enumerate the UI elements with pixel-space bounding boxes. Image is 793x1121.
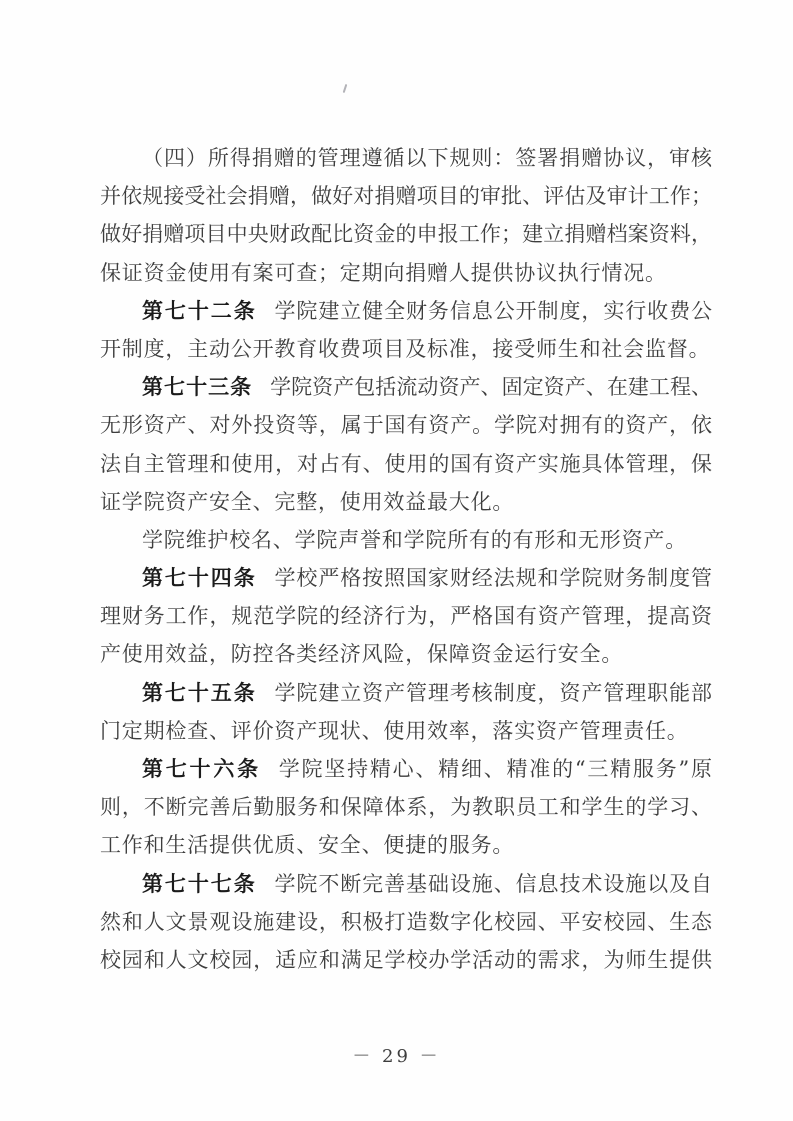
text-line: 理财务工作，规范学院的经济行为，严格国有资产管理，提高资 (100, 597, 712, 635)
line-text: 学院建立资产管理考核制度，资产管理职能部 (274, 681, 712, 705)
article-number: 第七十二条 (142, 299, 257, 323)
line-text: 证学院资产安全、完整，使用效益最大化。 (100, 490, 514, 514)
article-number: 第七十七条 (142, 872, 257, 896)
line-text: 保证资金使用有案可查；定期向捐赠人提供协议执行情况。 (100, 261, 667, 285)
article-number: 第七十六条 (142, 757, 261, 781)
line-text: 则，不断完善后勤服务和保障体系，为教职员工和学生的学习、 (100, 795, 712, 819)
text-line: 第七十七条学院不断完善基础设施、信息技术设施以及自 (100, 865, 712, 903)
line-text: 学校严格按照国家财经法规和学院财务制度管 (274, 566, 712, 590)
text-line: 门定期检查、评价资产现状、使用效率，落实资产管理责任。 (100, 712, 712, 750)
line-text: 开制度，主动公开教育收费项目及标准，接受师生和社会监督。 (100, 337, 710, 361)
text-line: 第七十五条学院建立资产管理考核制度，资产管理职能部 (100, 674, 712, 712)
line-text: 学院维护校名、学院声誉和学院所有的有形和无形资产。 (142, 528, 687, 552)
text-line: 第七十二条学院建立健全财务信息公开制度，实行收费公 (100, 292, 712, 330)
line-text: 工作和生活提供优质、安全、便捷的服务。 (100, 833, 514, 857)
scan-artifact-speck (343, 84, 348, 93)
line-text: 产使用效益，防控各类经济风险，保障资金运行安全。 (100, 642, 623, 666)
text-line: 保证资金使用有案可查；定期向捐赠人提供协议执行情况。 (100, 254, 712, 292)
text-line: 开制度，主动公开教育收费项目及标准，接受师生和社会监督。 (100, 330, 712, 368)
line-text: 法自主管理和使用，对占有、使用的国有资产实施具体管理，保 (100, 452, 712, 476)
text-line: 证学院资产安全、完整，使用效益最大化。 (100, 483, 712, 521)
text-line: 法自主管理和使用，对占有、使用的国有资产实施具体管理，保 (100, 445, 712, 483)
text-line: 做好捐赠项目中央财政配比资金的申报工作；建立捐赠档案资料， (100, 215, 712, 253)
text-line: 学院维护校名、学院声誉和学院所有的有形和无形资产。 (100, 521, 712, 559)
line-text: 学院不断完善基础设施、信息技术设施以及自 (274, 872, 712, 896)
article-number: 第七十三条 (142, 375, 252, 399)
line-text: 学院建立健全财务信息公开制度，实行收费公 (274, 299, 712, 323)
text-line: 第七十三条学院资产包括流动资产、固定资产、在建工程、 (100, 368, 712, 406)
article-number: 第七十四条 (142, 566, 257, 590)
text-line: 并依规接受社会捐赠，做好对捐赠项目的审批、评估及审计工作； (100, 177, 712, 215)
page-number: － 29 － (0, 1042, 793, 1068)
text-line: 第七十四条学校严格按照国家财经法规和学院财务制度管 (100, 559, 712, 597)
text-line: 然和人文景观设施建设，积极打造数字化校园、平安校园、生态 (100, 903, 712, 941)
line-text: 做好捐赠项目中央财政配比资金的申报工作；建立捐赠档案资料， (100, 222, 712, 246)
text-line: 无形资产、对外投资等，属于国有资产。学院对拥有的资产，依 (100, 406, 712, 444)
line-text: 并依规接受社会捐赠，做好对捐赠项目的审批、评估及审计工作； (100, 184, 712, 208)
document-text-block: （四）所得捐赠的管理遵循以下规则：签署捐赠协议，审核 并依规接受社会捐赠，做好对… (100, 139, 712, 979)
line-text: 理财务工作，规范学院的经济行为，严格国有资产管理，提高资 (100, 604, 712, 628)
text-line: 产使用效益，防控各类经济风险，保障资金运行安全。 (100, 635, 712, 673)
text-line: 第七十六条学院坚持精心、精细、精准的“三精服务”原 (100, 750, 712, 788)
line-text: 校园和人文校园，适应和满足学校办学活动的需求，为师生提供 (100, 948, 712, 972)
line-text: 无形资产、对外投资等，属于国有资产。学院对拥有的资产，依 (100, 413, 712, 437)
text-line: 校园和人文校园，适应和满足学校办学活动的需求，为师生提供 (100, 941, 712, 979)
article-number: 第七十五条 (142, 681, 257, 705)
line-text: 学院资产包括流动资产、固定资产、在建工程、 (270, 375, 712, 399)
text-line: （四）所得捐赠的管理遵循以下规则：签署捐赠协议，审核 (100, 139, 712, 177)
document-page: （四）所得捐赠的管理遵循以下规则：签署捐赠协议，审核 并依规接受社会捐赠，做好对… (0, 0, 793, 1121)
line-text: 门定期检查、评价资产现状、使用效率，落实资产管理责任。 (100, 719, 689, 743)
line-text: 然和人文景观设施建设，积极打造数字化校园、平安校园、生态 (100, 910, 712, 934)
text-line: 工作和生活提供优质、安全、便捷的服务。 (100, 826, 712, 864)
line-text: （四）所得捐赠的管理遵循以下规则：签署捐赠协议，审核 (142, 146, 712, 170)
text-line: 则，不断完善后勤服务和保障体系，为教职员工和学生的学习、 (100, 788, 712, 826)
line-text: 学院坚持精心、精细、精准的“三精服务”原 (279, 757, 712, 781)
